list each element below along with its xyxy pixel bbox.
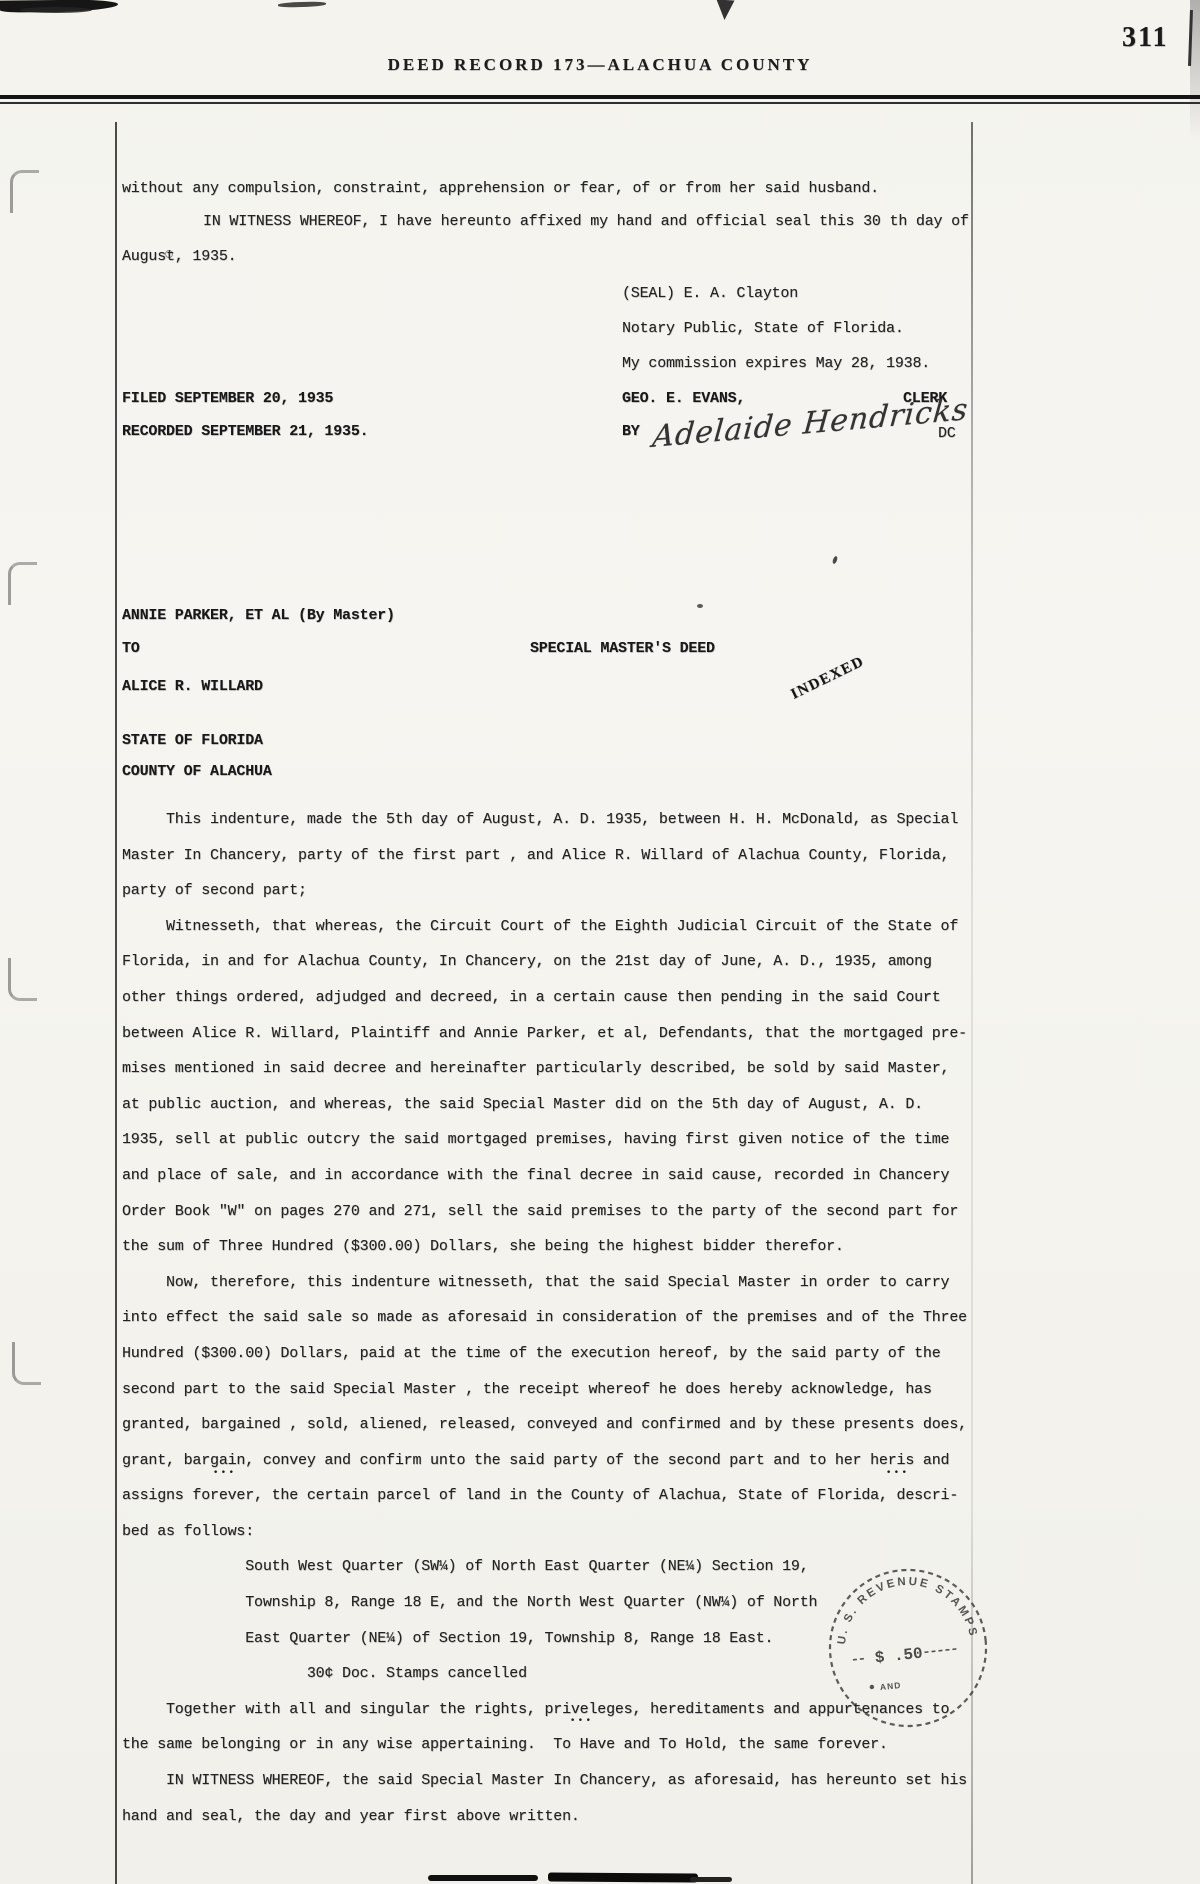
scan-mark-triangle	[715, 0, 734, 20]
instrument-title: SPECIAL MASTER'S DEED	[530, 639, 715, 659]
text-line: IN WITNESS WHEREOF, the said Special Mas…	[122, 1763, 990, 1799]
text-line: Witnesseth, that whereas, the Circuit Co…	[122, 909, 990, 945]
indexed-stamp: INDEXED	[788, 653, 867, 703]
recorded-date: RECORDED SEPTEMBER 21, 1935.	[122, 422, 368, 442]
ack-line-husband: without any compulsion, constraint, appr…	[122, 179, 879, 199]
text-line: Hundred ($300.00) Dollars, paid at the t…	[122, 1336, 990, 1372]
text-line: assigns forever, the certain parcel of l…	[122, 1478, 990, 1514]
scan-smudge-bottom-2	[548, 1872, 698, 1882]
correction-dots: •••	[570, 1716, 593, 1726]
scan-mark-top	[278, 1, 326, 8]
clerk-name: GEO. E. EVANS,	[622, 389, 745, 409]
correction-dots: •••	[886, 1468, 909, 1478]
notary-commission-line: My commission expires May 28, 1938.	[622, 354, 930, 374]
page-header: DEED RECORD 173—ALACHUA COUNTY	[0, 55, 1200, 75]
text-line: other things ordered, adjudged and decre…	[122, 980, 990, 1016]
header-rule-bottom	[0, 102, 1200, 104]
state-caption: STATE OF FLORIDA	[122, 731, 263, 751]
deputy-title: DC	[938, 424, 956, 444]
county-caption: COUNTY OF ALACHUA	[122, 762, 272, 782]
text-line: party of second part;	[122, 873, 990, 909]
revenue-stamp-dash	[853, 1658, 867, 1659]
filed-date: FILED SEPTEMBER 20, 1935	[122, 389, 333, 409]
text-line: between Alice R. Willard, Plaintiff and …	[122, 1016, 990, 1052]
left-margin-rule	[115, 122, 117, 1884]
text-line: Florida, in and for Alachua County, In C…	[122, 944, 990, 980]
binder-mark	[8, 562, 37, 605]
revenue-stamp-arc-text: U. S. REVENUE STAMPS	[830, 1569, 980, 1653]
text-line: and place of sale, and in accordance wit…	[122, 1158, 990, 1194]
text-line: into effect the said sale so made as afo…	[122, 1300, 990, 1336]
scan-smudge-top-left-2	[20, 7, 92, 13]
grantee-name: ALICE R. WILLARD	[122, 677, 263, 697]
scan-smudge-bottom-1	[428, 1875, 538, 1881]
scan-speck	[697, 604, 703, 608]
revenue-stamp: U. S. REVENUE STAMPS $ .50 AND	[813, 1553, 1002, 1742]
to-label: TO	[122, 639, 140, 659]
binder-mark	[12, 1342, 41, 1385]
text-line: This indenture, made the 5th day of Augu…	[122, 802, 990, 838]
text-line: mises mentioned in said decree and herei…	[122, 1051, 990, 1087]
ack-line-date: August, 1935.	[122, 247, 236, 267]
ack-line-witness: IN WITNESS WHEREOF, I have hereunto affi…	[203, 212, 969, 232]
text-line: Now, therefore, this indenture witnesset…	[122, 1265, 990, 1301]
text-line: Master In Chancery, party of the first p…	[122, 838, 990, 874]
correction-dots: •••	[213, 1468, 236, 1478]
notary-seal-line: (SEAL) E. A. Clayton	[622, 284, 798, 304]
revenue-stamp-and: AND	[879, 1680, 901, 1692]
deed-record-page: DEED RECORD 173—ALACHUA COUNTY 311 witho…	[0, 0, 1200, 1884]
revenue-stamp-amount: $ .50	[874, 1645, 924, 1668]
scan-smudge-bottom-3	[690, 1877, 732, 1882]
text-line: bed as follows:	[122, 1514, 990, 1550]
scan-speck	[832, 556, 838, 565]
text-line: hand and seal, the day and year first ab…	[122, 1799, 990, 1835]
binder-mark	[10, 170, 39, 213]
page-number: 311	[1122, 22, 1168, 54]
text-line: the sum of Three Hundred ($300.00) Dolla…	[122, 1229, 990, 1265]
binder-mark	[8, 958, 37, 1001]
text-line: granted, bargained , sold, aliened, rele…	[122, 1407, 990, 1443]
notary-title-line: Notary Public, State of Florida.	[622, 319, 904, 339]
text-line: grant, bargain, convey and confirm unto …	[122, 1443, 990, 1479]
text-line: 1935, sell at public outcry the said mor…	[122, 1122, 990, 1158]
revenue-stamp-dash	[925, 1649, 959, 1653]
text-line: second part to the said Special Master ,…	[122, 1372, 990, 1408]
header-rule-top	[0, 95, 1200, 99]
text-line: at public auction, and whereas, the said…	[122, 1087, 990, 1123]
revenue-stamp-dot	[869, 1685, 874, 1690]
by-label: BY	[622, 422, 640, 442]
grantor-name: ANNIE PARKER, ET AL (By Master)	[122, 606, 395, 626]
text-line: Order Book "W" on pages 270 and 271, sel…	[122, 1194, 990, 1230]
